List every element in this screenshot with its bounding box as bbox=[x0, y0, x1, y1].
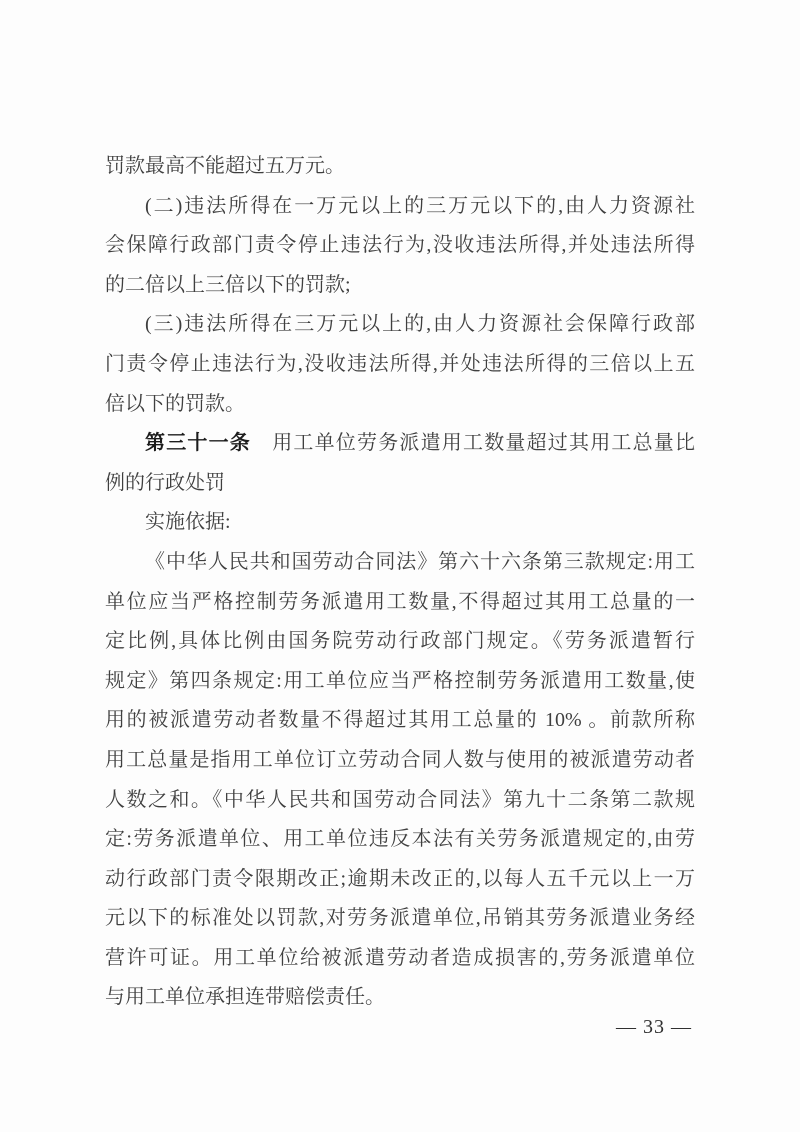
text-run: 单位应当严格控制劳务派遣用工数量,不得超过其用工总量的一 bbox=[105, 591, 695, 613]
text-line: 用工总量是指用工单位订立劳动合同人数与使用的被派遣劳动者 bbox=[105, 741, 695, 781]
text-line: 第三十一条 用工单位劳务派遣用工数量超过其用工总量比 bbox=[105, 424, 695, 464]
text-run: 营许可证。用工单位给被派遣劳动者造成损害的,劳务派遣单位 bbox=[105, 947, 695, 969]
text-run: 定:劳务派遣单位、用工单位违反本法有关劳务派遣规定的,由劳 bbox=[105, 828, 695, 850]
text-run: 实施依据: bbox=[145, 511, 231, 533]
text-run: (三)违法所得在三万元以上的,由人力资源社会保障行政部 bbox=[145, 313, 695, 335]
text-run: 《中华人民共和国劳动合同法》第六十六条第三款规定:用工 bbox=[145, 551, 695, 573]
text-line: 罚款最高不能超过五万元。 bbox=[105, 147, 695, 187]
text-line: (二)违法所得在一万元以上的三万元以下的,由人力资源社 bbox=[105, 187, 695, 227]
text-line: 实施依据: bbox=[105, 503, 695, 543]
text-line: (三)违法所得在三万元以上的,由人力资源社会保障行政部 bbox=[105, 305, 695, 345]
text-run: 会保障行政部门责令停止违法行为,没收违法所得,并处违法所得 bbox=[105, 234, 695, 256]
page-root: { "page": { "background_color": "#fdfdfd… bbox=[0, 0, 800, 1132]
document-page: 罚款最高不能超过五万元。(二)违法所得在一万元以上的三万元以下的,由人力资源社会… bbox=[0, 0, 800, 1132]
text-run: 门责令停止违法行为,没收违法所得,并处违法所得的三倍以上五 bbox=[105, 353, 695, 375]
text-run: 罚款最高不能超过五万元。 bbox=[105, 155, 345, 177]
text-line: 规定》第四条规定:用工单位应当严格控制劳务派遣用工数量,使 bbox=[105, 662, 695, 702]
text-run: 元以下的标准处以罚款,对劳务派遣单位,吊销其劳务派遣业务经 bbox=[105, 907, 695, 929]
text-line: 人数之和。《中华人民共和国劳动合同法》第九十二条第二款规 bbox=[105, 781, 695, 821]
text-run: 与用工单位承担连带赔偿责任。 bbox=[105, 986, 385, 1008]
text-run: (二)违法所得在一万元以上的三万元以下的,由人力资源社 bbox=[145, 195, 695, 217]
article-heading-number: 第三十一条 bbox=[145, 432, 251, 454]
text-line: 倍以下的罚款。 bbox=[105, 385, 695, 425]
text-run: 人数之和。《中华人民共和国劳动合同法》第九十二条第二款规 bbox=[105, 789, 695, 811]
text-run: 倍以下的罚款。 bbox=[105, 393, 245, 415]
text-run: 用的被派遣劳动者数量不得超过其用工总量的 10% 。前款所称 bbox=[105, 709, 695, 731]
text-line: 单位应当严格控制劳务派遣用工数量,不得超过其用工总量的一 bbox=[105, 583, 695, 623]
text-run: 的二倍以上三倍以下的罚款; bbox=[105, 274, 351, 296]
text-line: 用的被派遣劳动者数量不得超过其用工总量的 10% 。前款所称 bbox=[105, 701, 695, 741]
text-line: 定:劳务派遣单位、用工单位违反本法有关劳务派遣规定的,由劳 bbox=[105, 820, 695, 860]
text-line: 元以下的标准处以罚款,对劳务派遣单位,吊销其劳务派遣业务经 bbox=[105, 899, 695, 939]
text-line: 营许可证。用工单位给被派遣劳动者造成损害的,劳务派遣单位 bbox=[105, 939, 695, 979]
text-line: 例的行政处罚 bbox=[105, 464, 695, 504]
text-run: 用工总量是指用工单位订立劳动合同人数与使用的被派遣劳动者 bbox=[105, 749, 695, 771]
text-run: 用工单位劳务派遣用工数量超过其用工总量比 bbox=[251, 432, 695, 454]
document-body: 罚款最高不能超过五万元。(二)违法所得在一万元以上的三万元以下的,由人力资源社会… bbox=[105, 147, 695, 1018]
text-line: 定比例,具体比例由国务院劳动行政部门规定。《劳务派遣暂行 bbox=[105, 622, 695, 662]
text-line: 《中华人民共和国劳动合同法》第六十六条第三款规定:用工 bbox=[105, 543, 695, 583]
text-run: 定比例,具体比例由国务院劳动行政部门规定。《劳务派遣暂行 bbox=[105, 630, 695, 652]
text-run: 例的行政处罚 bbox=[105, 472, 225, 494]
text-run: 动行政部门责令限期改正;逾期未改正的,以每人五千元以上一万 bbox=[105, 868, 695, 890]
text-run: 规定》第四条规定:用工单位应当严格控制劳务派遣用工数量,使 bbox=[105, 670, 695, 692]
page-number: — 33 — bbox=[0, 1013, 692, 1041]
text-line: 会保障行政部门责令停止违法行为,没收违法所得,并处违法所得 bbox=[105, 226, 695, 266]
text-line: 的二倍以上三倍以下的罚款; bbox=[105, 266, 695, 306]
text-line: 动行政部门责令限期改正;逾期未改正的,以每人五千元以上一万 bbox=[105, 860, 695, 900]
text-line: 门责令停止违法行为,没收违法所得,并处违法所得的三倍以上五 bbox=[105, 345, 695, 385]
